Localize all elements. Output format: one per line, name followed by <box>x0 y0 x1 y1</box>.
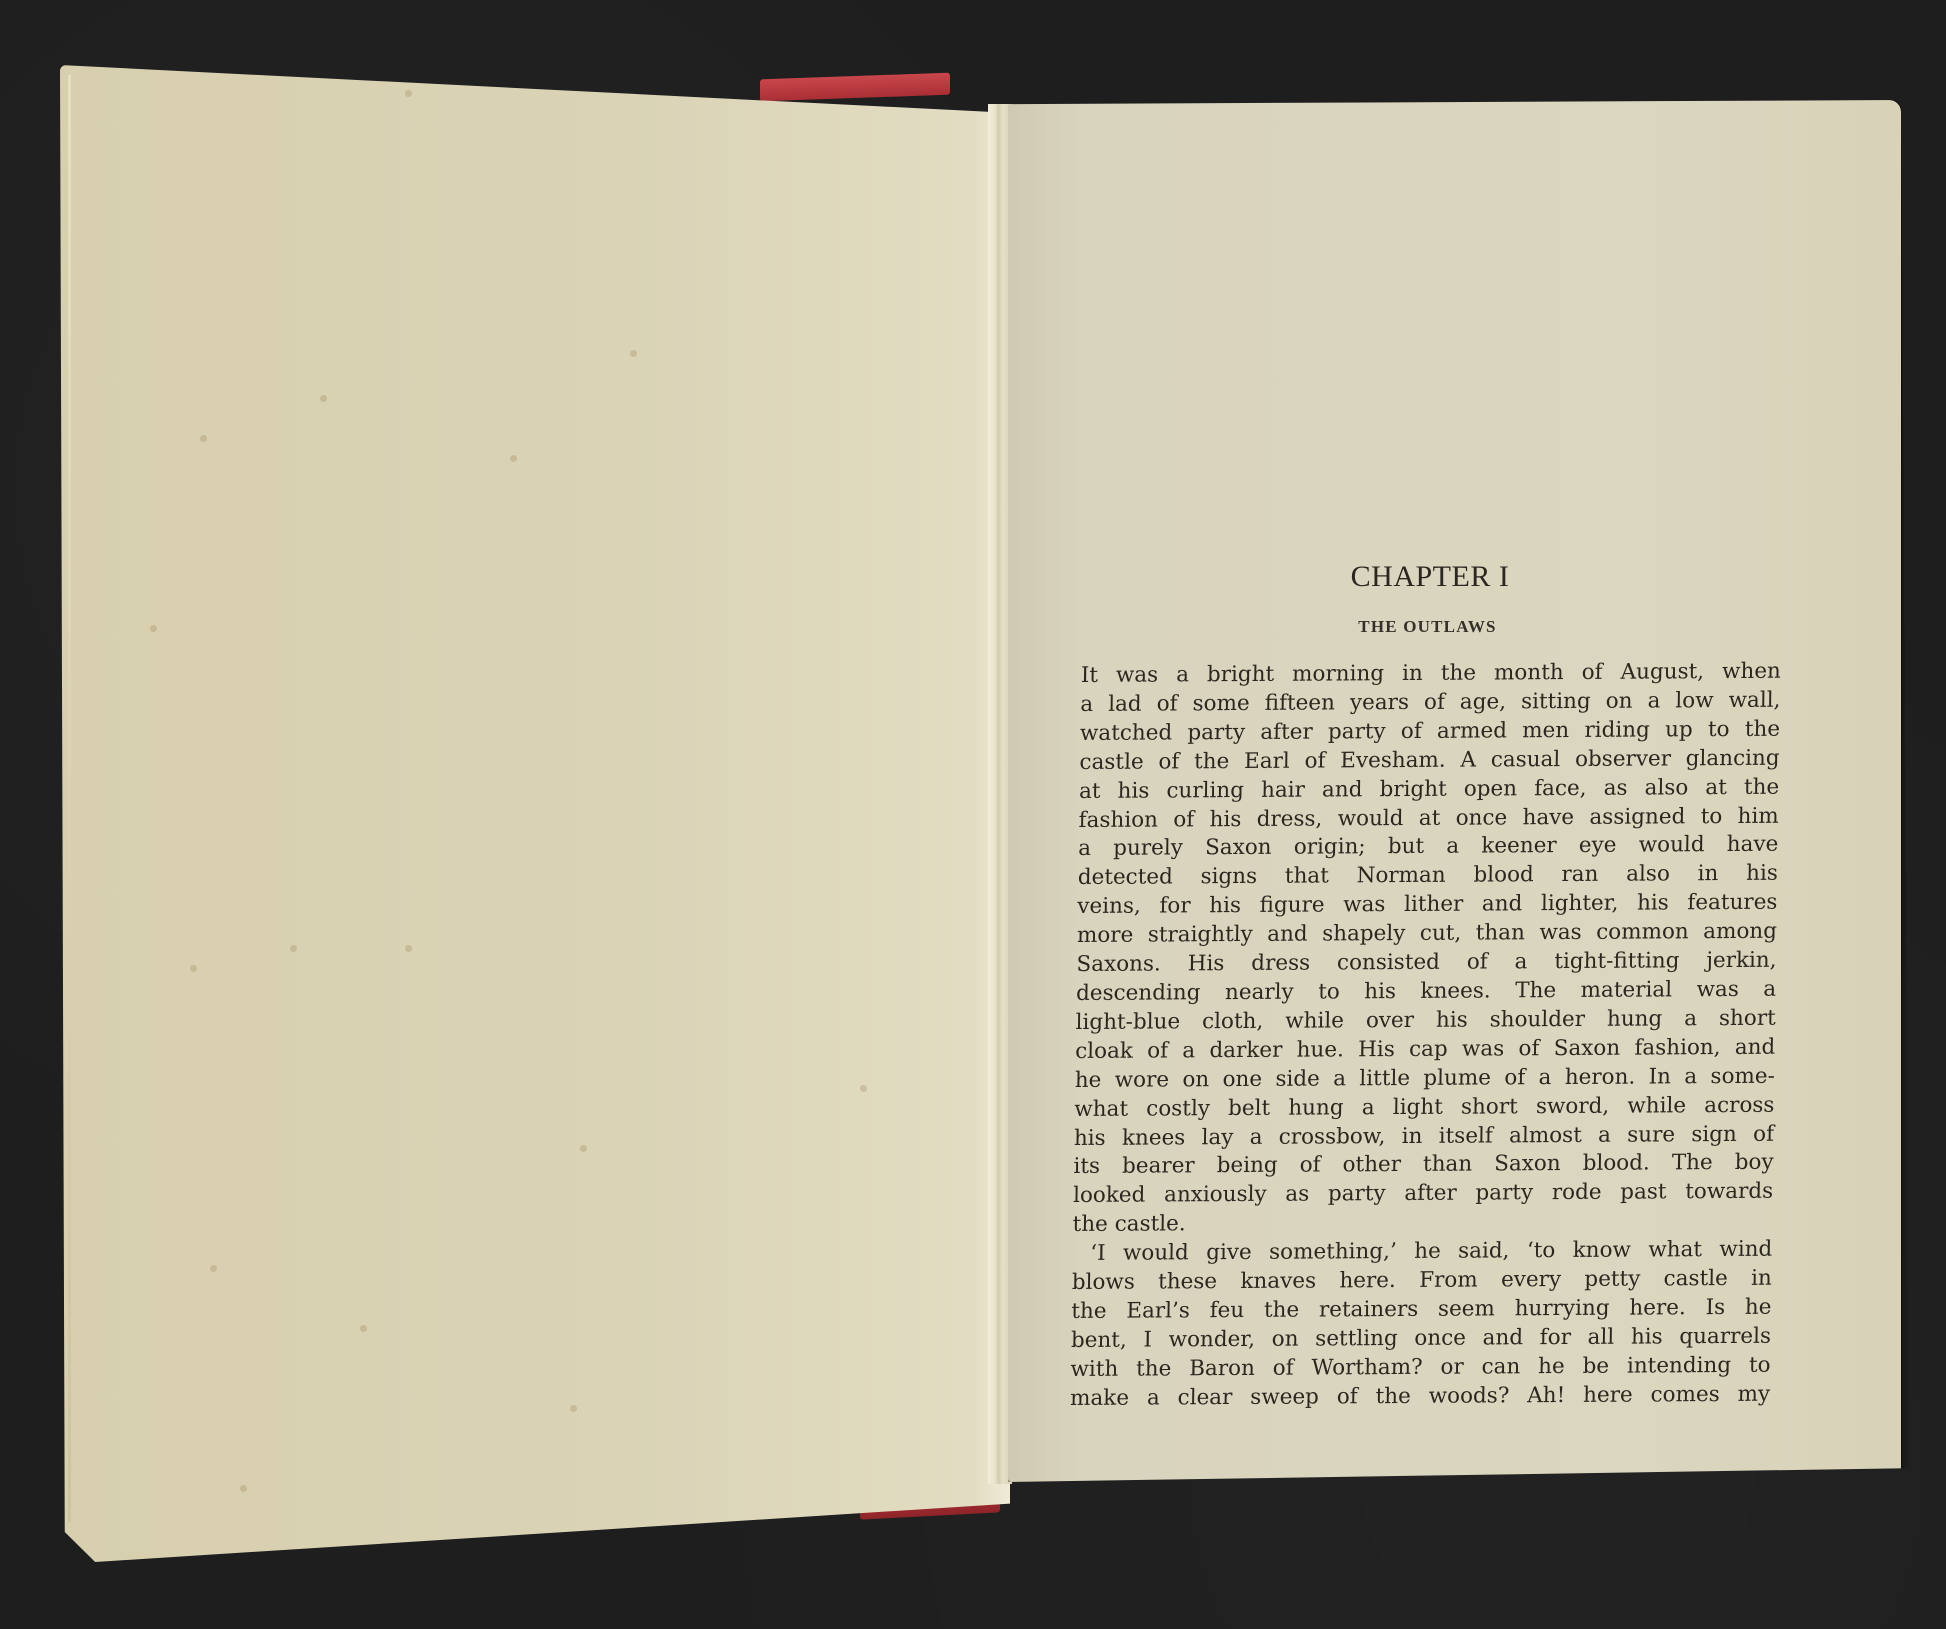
text-line: the Earl’s feu the retainers seem hurryi… <box>1071 1294 1772 1327</box>
text-line: detected signs that Norman blood ran als… <box>1078 860 1779 893</box>
foxing-spot <box>570 1405 577 1412</box>
red-cover-top-edge <box>760 73 950 102</box>
text-line: blows these knaves here. From every pett… <box>1072 1265 1773 1298</box>
text-line: what costly belt hung a light short swor… <box>1074 1091 1775 1124</box>
photo-scene: CHAPTER I THE OUTLAWS It was a bright mo… <box>0 0 1946 1629</box>
chapter-subtitle: THE OUTLAWS <box>1345 617 1510 637</box>
foxing-spot <box>320 395 327 402</box>
text-line: It was a bright morning in the month of … <box>1081 658 1782 691</box>
text-line: a purely Saxon origin; but a keener eye … <box>1078 831 1779 864</box>
foxing-spot <box>630 350 637 357</box>
foxing-spot <box>405 945 412 952</box>
text-line: make a clear sweep of the woods? Ah! her… <box>1070 1380 1771 1413</box>
foxing-spot <box>150 625 157 632</box>
left-page-blank <box>60 65 1010 1562</box>
text-line: looked anxiously as party after party ro… <box>1073 1178 1774 1211</box>
text-line: a lad of some fifteen years of age, sitt… <box>1080 687 1781 720</box>
foxing-spot <box>190 965 197 972</box>
foxing-spot <box>290 945 297 952</box>
text-line: he wore on one side a little plume of a … <box>1075 1062 1776 1095</box>
foxing-spot <box>405 90 412 97</box>
text-line: descending nearly to his knees. The mate… <box>1076 976 1777 1009</box>
text-line: watched party after party of armed men r… <box>1080 716 1781 749</box>
text-line: Saxons. His dress consisted of a tight-f… <box>1076 947 1777 980</box>
foxing-spot <box>240 1485 247 1492</box>
foxing-spot <box>860 1085 867 1092</box>
foxing-spot <box>360 1325 367 1332</box>
foxing-spot <box>200 435 207 442</box>
text-line: bent, I wonder, on settling once and for… <box>1071 1323 1772 1356</box>
chapter-title: CHAPTER I <box>1345 560 1515 594</box>
foxing-spot <box>580 1145 587 1152</box>
chapter-body-text: It was a bright morning in the month of … <box>1070 658 1781 1414</box>
text-line: light-blue cloth, while over his shoulde… <box>1075 1005 1776 1038</box>
text-line: castle of the Earl of Evesham. A casual … <box>1079 744 1780 777</box>
text-line: veins, for his figure was lither and lig… <box>1077 889 1778 922</box>
text-line: fashion of his dress, would at once have… <box>1078 802 1779 835</box>
foxing-spot <box>510 455 517 462</box>
foxing-spot <box>210 1265 217 1272</box>
text-line: with the Baron of Wortham? or can he be … <box>1070 1351 1771 1384</box>
text-line: the castle. <box>1072 1207 1773 1240</box>
text-line: at his curling hair and bright open face… <box>1079 773 1780 806</box>
text-line: cloak of a darker hue. His cap was of Sa… <box>1075 1033 1776 1066</box>
text-line: his knees lay a crossbow, in itself almo… <box>1074 1120 1775 1153</box>
text-line: more straightly and shapely cut, than wa… <box>1077 918 1778 951</box>
text-line: ‘I would give something,’ he said, ‘to k… <box>1072 1236 1773 1269</box>
text-line: its bearer being of other than Saxon blo… <box>1073 1149 1774 1182</box>
